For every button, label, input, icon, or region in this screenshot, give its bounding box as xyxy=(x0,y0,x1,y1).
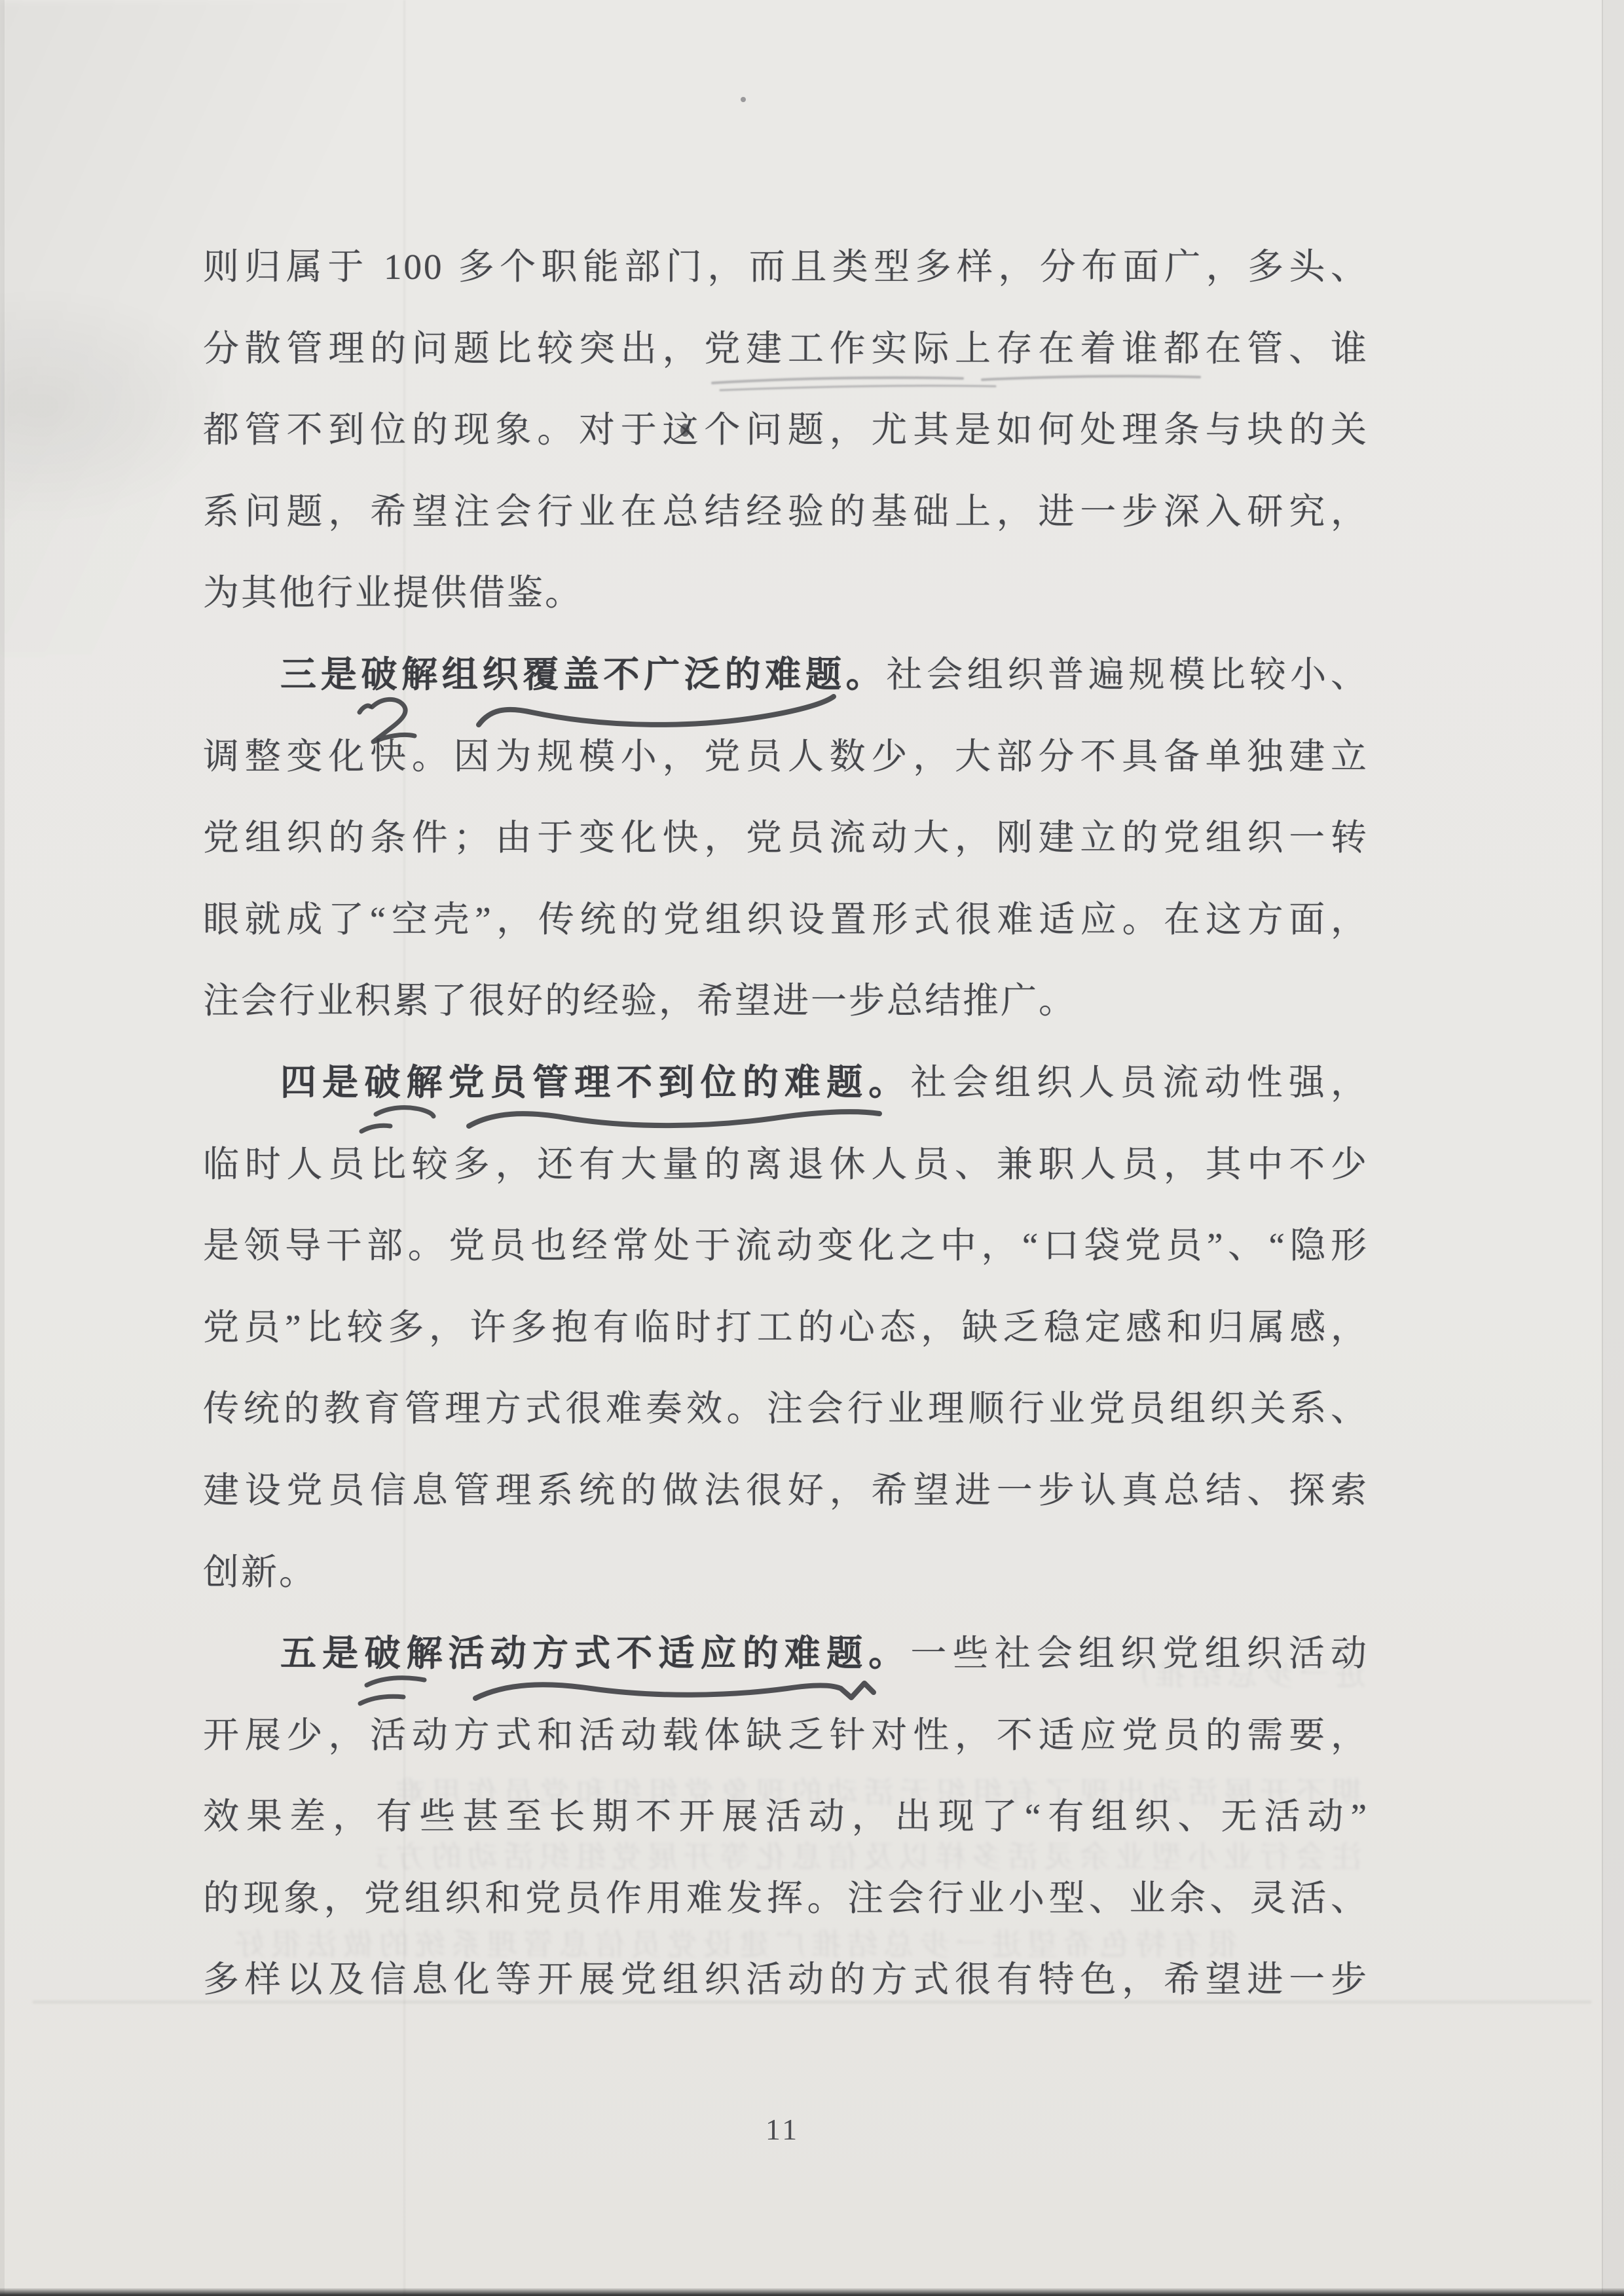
body-text: 社会组织普遍规模比较小、 xyxy=(886,655,1369,695)
text-line: 分散管理的问题比较突出，党建工作实际上存在着谁都在管、谁 xyxy=(203,308,1369,390)
text-line: 临时人员比较多，还有大量的离退休人员、兼职人员，其中不少 xyxy=(203,1124,1369,1206)
bold-heading-text: 五是破解活动方式不适应的难题。 xyxy=(280,1633,910,1673)
text-line: 四是破解党员管理不到位的难题。社会组织人员流动性强， xyxy=(203,1042,1369,1124)
body-text: 一些社会组织党组织活动 xyxy=(910,1633,1369,1673)
body-text: 社会组织人员流动性强， xyxy=(910,1063,1369,1102)
text-line: 为其他行业提供借鉴。 xyxy=(203,553,1369,634)
body-text: 传统的教育管理方式很难奏效。注会行业理顺行业党员组织关系、 xyxy=(203,1389,1369,1429)
scan-left-edge xyxy=(0,0,5,2296)
body-text: 多样以及信息化等开展党组织活动的方式很有特色，希望进一步 xyxy=(203,1959,1369,1999)
text-line: 党员”比较多，许多抱有临时打工的心态，缺乏稳定感和归属感， xyxy=(203,1287,1369,1369)
scan-right-margin xyxy=(1603,0,1624,2296)
text-line: 的现象，党组织和党员作用难发挥。注会行业小型、业余、灵活、 xyxy=(203,1858,1369,1940)
text-line: 传统的教育管理方式很难奏效。注会行业理顺行业党员组织关系、 xyxy=(203,1368,1369,1450)
text-line: 眼就成了“空壳”，传统的党组织设置形式很难适应。在这方面， xyxy=(203,879,1369,961)
body-text: 党员”比较多，许多抱有临时打工的心态，缺乏稳定感和归属感， xyxy=(203,1307,1369,1347)
document-body-text: 则归属于 100 多个职能部门，而且类型多样，分布面广，多头、分散管理的问题比较… xyxy=(203,227,1369,2021)
body-text: 为其他行业提供借鉴。 xyxy=(203,573,583,613)
body-text: 则归属于 100 多个职能部门，而且类型多样，分布面广，多头、 xyxy=(203,247,1369,287)
body-text: 建设党员信息管理系统的做法很好，希望进一步认真总结、探索 xyxy=(203,1470,1369,1510)
body-text: 分散管理的问题比较突出，党建工作实际上存在着谁都在管、谁 xyxy=(203,329,1369,369)
body-text: 临时人员比较多，还有大量的离退休人员、兼职人员，其中不少 xyxy=(203,1144,1369,1184)
text-line: 建设党员信息管理系统的做法很好，希望进一步认真总结、探索 xyxy=(203,1450,1369,1532)
bold-heading-text: 四是破解党员管理不到位的难题。 xyxy=(280,1063,910,1102)
body-text: 系问题，希望注会行业在总结经验的基础上，进一步深入研究， xyxy=(203,492,1369,532)
text-line: 五是破解活动方式不适应的难题。一些社会组织党组织活动 xyxy=(203,1613,1369,1695)
ink-speck xyxy=(741,97,746,102)
text-line: 开展少，活动方式和活动载体缺乏针对性，不适应党员的需要， xyxy=(203,1695,1369,1777)
text-line: 是领导干部。党员也经常处于流动变化之中，“口袋党员”、“隐形 xyxy=(203,1205,1369,1287)
page-number: 11 xyxy=(753,2112,812,2147)
body-text: 开展少，活动方式和活动载体缺乏针对性，不适应党员的需要， xyxy=(203,1715,1369,1755)
bold-heading-text: 三是破解组织覆盖不广泛的难题。 xyxy=(280,655,886,695)
text-line: 多样以及信息化等开展党组织活动的方式很有特色，希望进一步 xyxy=(203,1939,1369,2021)
body-text: 的现象，党组织和党员作用难发挥。注会行业小型、业余、灵活、 xyxy=(203,1878,1369,1918)
text-line: 则归属于 100 多个职能部门，而且类型多样，分布面广，多头、 xyxy=(203,227,1369,308)
text-line: 三是破解组织覆盖不广泛的难题。社会组织普遍规模比较小、 xyxy=(203,634,1369,716)
body-text: 注会行业积累了很好的经验，希望进一步总结推广。 xyxy=(203,981,1077,1021)
text-line: 都管不到位的现象。对于这个问题，尤其是如何处理条与块的关 xyxy=(203,390,1369,471)
text-line: 创新。 xyxy=(203,1532,1369,1614)
text-line: 系问题，希望注会行业在总结经验的基础上，进一步深入研究， xyxy=(203,471,1369,553)
scan-bottom-edge xyxy=(0,2288,1624,2296)
body-text: 效果差，有些甚至长期不开展活动，出现了“有组织、无活动” xyxy=(203,1796,1369,1836)
body-text: 都管不到位的现象。对于这个问题，尤其是如何处理条与块的关 xyxy=(203,410,1369,450)
scanned-document-page: { "page": { "number": "11" }, "document"… xyxy=(0,0,1624,2296)
body-text: 党组织的条件；由于变化快，党员流动大，刚建立的党组织一转 xyxy=(203,818,1369,858)
body-text: 调整变化快。因为规模小，党员人数少，大部分不具备单独建立 xyxy=(203,737,1369,776)
body-text: 创新。 xyxy=(203,1552,317,1592)
body-text: 是领导干部。党员也经常处于流动变化之中，“口袋党员”、“隐形 xyxy=(203,1226,1369,1266)
text-line: 效果差，有些甚至长期不开展活动，出现了“有组织、无活动” xyxy=(203,1776,1369,1858)
text-line: 党组织的条件；由于变化快，党员流动大，刚建立的党组织一转 xyxy=(203,797,1369,879)
text-line: 注会行业积累了很好的经验，希望进一步总结推广。 xyxy=(203,960,1369,1042)
text-line: 调整变化快。因为规模小，党员人数少，大部分不具备单独建立 xyxy=(203,716,1369,798)
body-text: 眼就成了“空壳”，传统的党组织设置形式很难适应。在这方面， xyxy=(203,900,1369,939)
